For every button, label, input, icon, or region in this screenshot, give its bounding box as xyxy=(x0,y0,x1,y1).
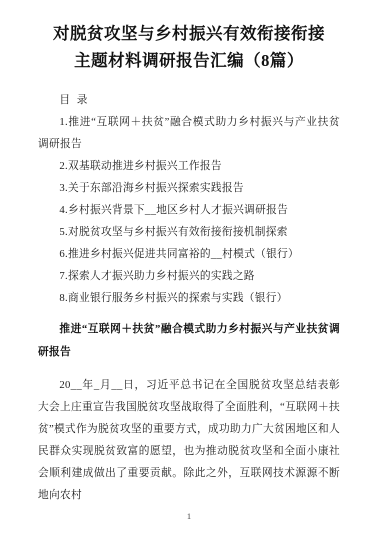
toc-item-2: 2.双基联动推进乡村振兴工作报告 xyxy=(38,155,340,177)
page-number: 1 xyxy=(0,510,378,522)
document-title: 对脱贫攻坚与乡村振兴有效衔接衔接 主题材料调研报告汇编（8篇） xyxy=(38,20,340,74)
table-of-contents: 目 录 1.推进“互联网＋扶贫”融合模式助力乡村振兴与产业扶贫调研报告 2.双基… xyxy=(38,89,340,309)
report-paragraph: 20__年_月__日，习近平总书记在全国脱贫攻坚总结表彰大会上庄重宣告我国脱贫攻… xyxy=(38,374,340,506)
toc-item-3: 3.关于东部沿海乡村振兴探索实践报告 xyxy=(38,177,340,199)
toc-item-7: 7.探索人才振兴助力乡村振兴的实践之路 xyxy=(38,265,340,287)
document-page: 对脱贫攻坚与乡村振兴有效衔接衔接 主题材料调研报告汇编（8篇） 目 录 1.推进… xyxy=(0,0,378,550)
document-title-line1: 对脱贫攻坚与乡村振兴有效衔接衔接 xyxy=(53,24,325,43)
toc-list: 1.推进“互联网＋扶贫”融合模式助力乡村振兴与产业扶贫调研报告 2.双基联动推进… xyxy=(38,111,340,309)
toc-item-5: 5.对脱贫攻坚与乡村振兴有效衔接衔接机制探索 xyxy=(38,221,340,243)
toc-item-8: 8.商业银行服务乡村振兴的探索与实践（银行） xyxy=(38,287,340,309)
toc-heading: 目 录 xyxy=(38,89,340,111)
toc-item-1: 1.推进“互联网＋扶贫”融合模式助力乡村振兴与产业扶贫调研报告 xyxy=(38,111,340,155)
document-title-line2: 主题材料调研报告汇编（8篇） xyxy=(74,51,304,70)
toc-item-6: 6.推进乡村振兴促进共同富裕的__村模式（银行） xyxy=(38,243,340,265)
report-section-title: 推进“互联网＋扶贫”融合模式助力乡村振兴与产业扶贫调研报告 xyxy=(38,318,340,364)
toc-item-4: 4.乡村振兴背景下__地区乡村人才振兴调研报告 xyxy=(38,199,340,221)
